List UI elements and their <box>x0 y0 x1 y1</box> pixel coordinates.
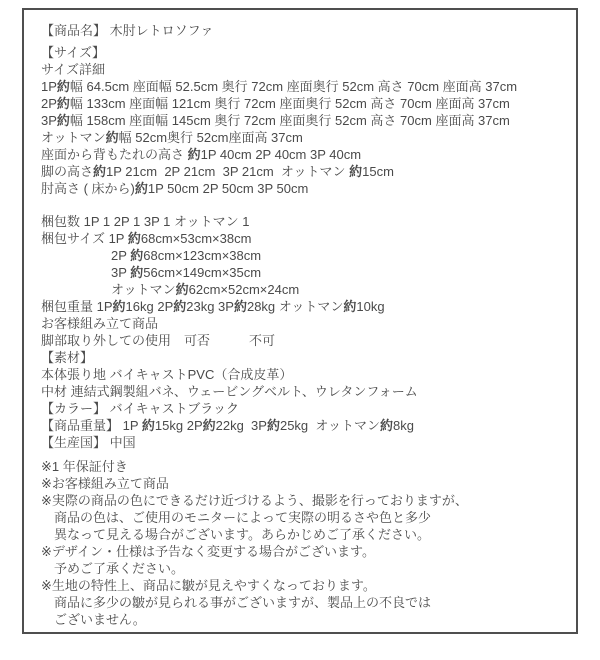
color-line: 【カラー】 バイキャストブラック <box>41 400 566 417</box>
product-name-line: 【商品名】 木肘レトロソファ <box>41 22 566 39</box>
fabric-note-line-1: ※生地の特性上、商品に皺が見えやすくなっております。 <box>41 577 566 594</box>
assembly-product-line: お客様組み立て商品 <box>41 315 566 332</box>
fabric-note-line-2: 商品に多少の皺が見られる事がございますが、製品上の不良では <box>41 594 566 611</box>
leg-height-line: 脚の高さ約1P 21cm 2P 21cm 3P 21cm オットマン 約15cm <box>41 163 566 180</box>
fabric-note-line-3: ございません。 <box>41 611 566 628</box>
color-disclaimer-line-3: 異なって見える場合がございます。あらかじめご了承ください。 <box>41 526 566 543</box>
filling-line: 中材 連結式鋼製組バネ、ウェービングベルト、ウレタンフォーム <box>41 383 566 400</box>
product-weight-line: 【商品重量】 1P 約15kg 2P約22kg 3P約25kg オットマン約8k… <box>41 417 566 434</box>
warranty-note-line: ※1 年保証付き <box>41 458 566 475</box>
package-size-ottoman-line: オットマン約62cm×52cm×24cm <box>41 281 566 298</box>
package-size-2p-line: 2P 約68cm×123cm×38cm <box>41 247 566 264</box>
document-body: 【商品名】 木肘レトロソファ【サイズ】サイズ詳細1P約幅 64.5cm 座面幅 … <box>24 10 576 638</box>
product-spec-document: 【商品名】 木肘レトロソファ【サイズ】サイズ詳細1P約幅 64.5cm 座面幅 … <box>22 8 578 634</box>
material-section-heading: 【素材】 <box>41 349 566 366</box>
design-note-line-2: 予めご了承ください。 <box>41 560 566 577</box>
package-size-1p-line: 梱包サイズ 1P 約68cm×53cm×38cm <box>41 230 566 247</box>
country-line: 【生産国】 中国 <box>41 434 566 451</box>
design-note-line-1: ※デザイン・仕様は予告なく変更する場合がございます。 <box>41 543 566 560</box>
size-1p-line: 1P約幅 64.5cm 座面幅 52.5cm 奥行 72cm 座面奥行 52cm… <box>41 78 566 95</box>
package-size-3p-line: 3P 約56cm×149cm×35cm <box>41 264 566 281</box>
package-weight-line: 梱包重量 1P約16kg 2P約23kg 3P約28kg オットマン約10kg <box>41 298 566 315</box>
size-2p-line: 2P約幅 133cm 座面幅 121cm 奥行 72cm 座面奥行 52cm 高… <box>41 95 566 112</box>
size-ottoman-line: オットマン約幅 52cm奥行 52cm座面高 37cm <box>41 129 566 146</box>
page: 【商品名】 木肘レトロソファ【サイズ】サイズ詳細1P約幅 64.5cm 座面幅 … <box>0 0 600 660</box>
assembly-note-line: ※お客様組み立て商品 <box>41 475 566 492</box>
color-disclaimer-line-2: 商品の色は、ご使用のモニターによって実際の明るさや色と多少 <box>41 509 566 526</box>
size-3p-line: 3P約幅 158cm 座面幅 145cm 奥行 72cm 座面奥行 52cm 高… <box>41 112 566 129</box>
size-section-heading: 【サイズ】 <box>41 44 566 61</box>
upholstery-line: 本体張り地 バイキャストPVC（合成皮革） <box>41 366 566 383</box>
package-count-line: 梱包数 1P 1 2P 1 3P 1 オットマン 1 <box>41 213 566 230</box>
backrest-height-line: 座面から背もたれの高さ 約1P 40cm 2P 40cm 3P 40cm <box>41 146 566 163</box>
leg-removal-line: 脚部取り外しての使用 可否 不可 <box>41 332 566 349</box>
armrest-height-line: 肘高さ ( 床から)約1P 50cm 2P 50cm 3P 50cm <box>41 180 566 197</box>
size-detail-label: サイズ詳細 <box>41 61 566 78</box>
color-disclaimer-line-1: ※実際の商品の色にできるだけ近づけるよう、撮影を行っておりますが、 <box>41 492 566 509</box>
